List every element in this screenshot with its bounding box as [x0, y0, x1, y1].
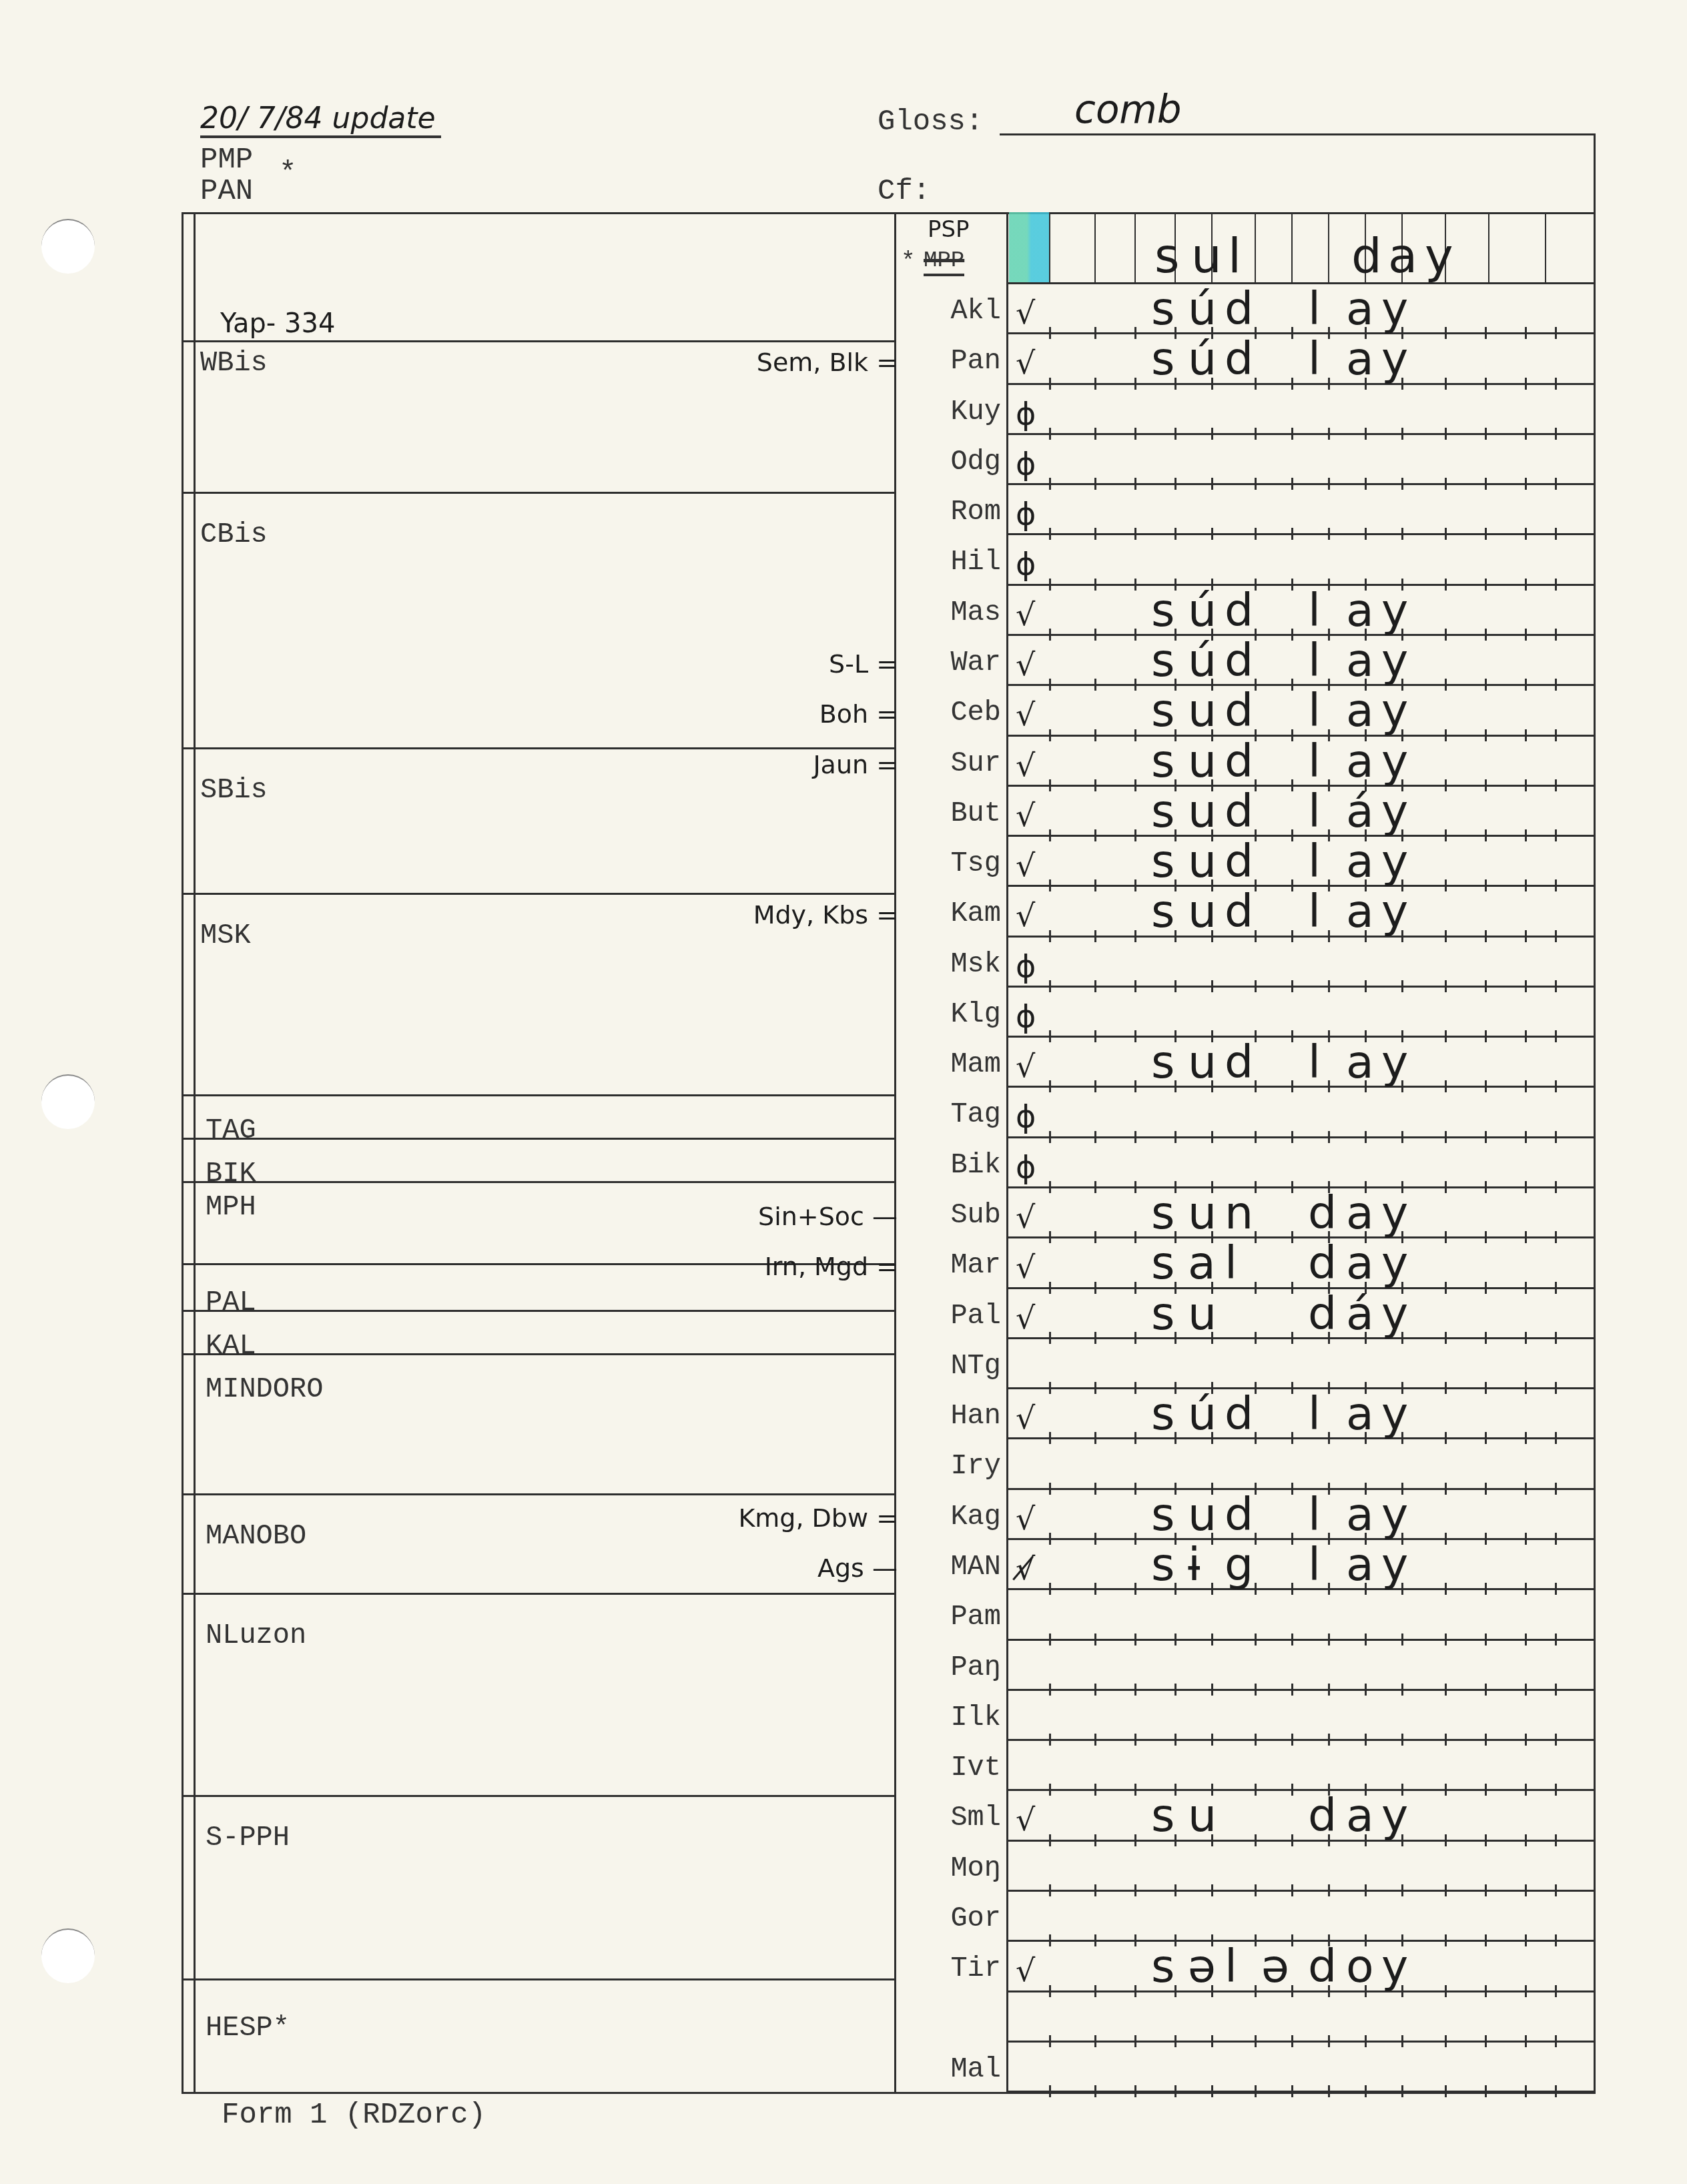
form-segment: l: [1225, 1241, 1237, 1287]
form-segment: y: [1381, 1392, 1408, 1437]
form-segment: l: [1225, 1944, 1237, 1990]
form-segment: u: [1188, 839, 1217, 885]
column-tick: [1401, 2085, 1403, 2097]
null-reflex-icon: ϕ: [1016, 1149, 1036, 1185]
form-segment: s: [1151, 589, 1174, 634]
proto-form-grid: sulday: [1006, 212, 1594, 284]
form-segment: a: [1346, 1392, 1374, 1437]
checkmark-icon: √: [1016, 747, 1035, 783]
checkmark-icon: √: [1016, 647, 1035, 683]
form-segment: y: [1381, 589, 1408, 634]
form-segment: a: [1346, 1493, 1374, 1538]
form-segment: g: [1225, 1543, 1253, 1588]
checkmark-icon: √: [1016, 697, 1035, 733]
form-segment: l: [1308, 1392, 1321, 1437]
form-segment: a: [1346, 839, 1374, 885]
form-segment: d: [1225, 1040, 1253, 1086]
form-segment: u: [1188, 739, 1217, 785]
form-segment: l: [1308, 789, 1321, 835]
language-row[interactable]: KamMdy, Kbs =√sudlay: [0, 886, 1687, 936]
column-tick: [1365, 2085, 1367, 2097]
column-tick: [1328, 2085, 1330, 2097]
language-row[interactable]: CebBoh =√sudlay: [0, 685, 1687, 735]
form-segment: a: [1346, 1191, 1374, 1236]
dialect-note: Sem, Blk =: [757, 348, 898, 377]
gloss-label: Gloss:: [878, 105, 983, 139]
checkmark-icon: √: [1016, 1300, 1035, 1336]
language-row[interactable]: Bikϕ: [0, 1138, 1687, 1188]
proto-segment: u: [1191, 228, 1222, 284]
language-code: Kam: [901, 897, 1001, 930]
language-code: Ivt: [901, 1752, 1001, 1784]
language-row[interactable]: Odgϕ: [0, 434, 1687, 484]
language-code: Pam: [901, 1601, 1001, 1633]
null-reflex-icon: ϕ: [1016, 396, 1036, 432]
form-segment: u: [1188, 689, 1217, 734]
form-segment: u: [1188, 889, 1217, 935]
proto-cell-divider: [1049, 212, 1050, 284]
form-segment: s: [1151, 1493, 1174, 1538]
dialect-note: Ags —: [817, 1553, 898, 1583]
form-segment: d: [1225, 889, 1253, 935]
checkmark-icon: √̸: [1016, 1551, 1035, 1587]
form-segment: u: [1188, 1493, 1217, 1538]
language-code: Mam: [901, 1048, 1001, 1080]
form-segment: y: [1381, 1493, 1408, 1538]
dialect-note: S-L =: [829, 649, 898, 679]
form-segment: d: [1225, 689, 1253, 734]
language-code: NTg: [901, 1350, 1001, 1382]
pmp-star: *: [279, 157, 296, 190]
checkmark-icon: √: [1016, 897, 1035, 934]
form-footer: Form 1 (RDZorc): [222, 2099, 486, 2132]
language-code: Akl: [901, 295, 1001, 327]
null-reflex-icon: ϕ: [1016, 948, 1036, 984]
language-code: Paŋ: [901, 1652, 1001, 1684]
language-row[interactable]: Akl√súdlay: [0, 284, 1687, 334]
form-segment: l: [1308, 689, 1321, 734]
language-row[interactable]: Tir√sələdoy: [0, 1941, 1687, 1991]
proto-label-psp: PSP: [928, 216, 970, 243]
language-row[interactable]: Mskϕ: [0, 937, 1687, 987]
form-segment: d: [1308, 1191, 1337, 1236]
section-divider: [182, 2092, 896, 2094]
form-segment: s: [1151, 1241, 1174, 1287]
form-segment: l: [1308, 287, 1321, 332]
language-row[interactable]: Sml√suday: [0, 1790, 1687, 1840]
column-tick: [1525, 2085, 1527, 2097]
form-segment: a: [1346, 889, 1374, 935]
form-segment: d: [1225, 739, 1253, 785]
language-code: Msk: [901, 948, 1001, 980]
form-segment: o: [1346, 1944, 1374, 1990]
language-code: Kag: [901, 1501, 1001, 1533]
form-segment: y: [1381, 1040, 1408, 1086]
column-tick: [1555, 2085, 1557, 2097]
date-note: 20/ 7/84 update: [200, 101, 441, 138]
language-row[interactable]: Tsg√sudlay: [0, 836, 1687, 886]
language-row[interactable]: Kuyϕ: [0, 384, 1687, 434]
punch-hole-top: [41, 219, 95, 274]
proto-cell-divider: [1291, 212, 1293, 284]
proto-cell-divider: [1328, 212, 1329, 284]
language-row[interactable]: MarIrn, Mgd =√salday: [0, 1238, 1687, 1288]
language-code: But: [901, 797, 1001, 829]
null-reflex-icon: ϕ: [1016, 496, 1036, 532]
language-row[interactable]: Moŋ: [0, 1841, 1687, 1891]
form-segment: ú: [1188, 589, 1217, 634]
proto-segment: l: [1228, 228, 1241, 284]
checkmark-icon: √: [1016, 1400, 1035, 1436]
language-code: MAN: [901, 1551, 1001, 1583]
form-segment: s: [1151, 1944, 1174, 1990]
language-row[interactable]: Pam: [0, 1589, 1687, 1640]
form-segment: s: [1151, 689, 1174, 734]
dialect-note: Mdy, Kbs =: [753, 900, 898, 930]
pmp-label: PMP: [200, 143, 253, 177]
language-code: Moŋ: [901, 1852, 1001, 1884]
form-segment: y: [1381, 1944, 1408, 1990]
form-segment: d: [1308, 1794, 1337, 1839]
form-segment: y: [1381, 839, 1408, 885]
language-row[interactable]: Tagϕ: [0, 1087, 1687, 1137]
form-segment: á: [1346, 789, 1374, 835]
language-row[interactable]: Klgϕ: [0, 987, 1687, 1037]
form-segment: a: [1346, 1241, 1374, 1287]
language-code: Han: [901, 1400, 1001, 1432]
form-segment: a: [1346, 639, 1374, 684]
form-segment: ə: [1188, 1944, 1216, 1990]
form-segment: y: [1381, 889, 1408, 935]
form-segment: ú: [1188, 287, 1217, 332]
dialect-note: Kmg, Dbw =: [738, 1503, 898, 1533]
language-row[interactable]: Paŋ: [0, 1640, 1687, 1690]
language-code: Sur: [901, 747, 1001, 779]
proto-cell-divider: [1094, 212, 1096, 284]
column-tick: [1174, 2085, 1176, 2097]
language-code: Pan: [901, 345, 1001, 377]
form-segment: s: [1151, 889, 1174, 935]
language-row[interactable]: SubSin+Soc —√sunday: [0, 1188, 1687, 1238]
form-segment: y: [1381, 689, 1408, 734]
form-segment: u: [1188, 1040, 1217, 1086]
form-segment: n: [1225, 1191, 1253, 1236]
form-segment: ú: [1188, 639, 1217, 684]
form-segment: ú: [1188, 1392, 1217, 1437]
language-row[interactable]: NTg: [0, 1339, 1687, 1389]
form-segment: l: [1308, 589, 1321, 634]
form-segment: u: [1188, 789, 1217, 835]
language-code: Tsg: [901, 847, 1001, 879]
form-segment: a: [1346, 287, 1374, 332]
proto-segment: a: [1388, 228, 1417, 284]
language-code: Pal: [901, 1300, 1001, 1332]
checkmark-icon: √: [1016, 847, 1035, 883]
proto-cell-divider: [1545, 212, 1546, 284]
proto-label-struck: MPP: [924, 248, 964, 276]
column-tick: [1049, 2085, 1051, 2097]
form-segment: y: [1381, 739, 1408, 785]
language-row[interactable]: Romϕ: [0, 484, 1687, 534]
checkmark-icon: √: [1016, 1802, 1035, 1838]
language-row[interactable]: PanSem, Blk =√súdlay: [0, 334, 1687, 384]
proto-segment: d: [1351, 228, 1382, 284]
null-reflex-icon: ϕ: [1016, 1098, 1036, 1134]
gloss-underline: [1000, 133, 1595, 135]
form-segment: u: [1188, 1292, 1217, 1337]
form-segment: d: [1308, 1292, 1337, 1337]
form-segment: á: [1346, 1292, 1374, 1337]
null-reflex-icon: ϕ: [1016, 446, 1036, 482]
checkmark-icon: √: [1016, 1952, 1035, 1988]
language-code: Mas: [901, 597, 1001, 629]
column-tick: [1445, 2085, 1447, 2097]
column-tick: [1485, 2085, 1487, 2097]
form-segment: d: [1225, 1493, 1253, 1538]
form-segment: y: [1381, 337, 1408, 382]
form-segment: s: [1151, 1191, 1174, 1236]
language-code: Kuy: [901, 396, 1001, 428]
language-code: Rom: [901, 496, 1001, 528]
dialect-note: Sin+Soc —: [758, 1202, 898, 1231]
language-row[interactable]: Mam√sudlay: [0, 1037, 1687, 1087]
proto-segment: s: [1154, 228, 1180, 284]
checkmark-icon: √: [1016, 1048, 1035, 1084]
language-code: Bik: [901, 1149, 1001, 1181]
language-code: Gor: [901, 1902, 1001, 1934]
language-code: Sml: [901, 1802, 1001, 1834]
language-row[interactable]: Ivt: [0, 1740, 1687, 1790]
proto-cell-divider: [1134, 212, 1136, 284]
language-row[interactable]: KagKmg, Dbw =√sudlay: [0, 1489, 1687, 1539]
form-segment: a: [1346, 337, 1374, 382]
form-segment: s: [1151, 1040, 1174, 1086]
form-segment: s: [1151, 739, 1174, 785]
form-segment: d: [1225, 639, 1253, 684]
form-segment: ə: [1261, 1944, 1289, 1990]
proto-label: PSP * MPP: [901, 220, 1001, 280]
language-code: Ceb: [901, 697, 1001, 729]
form-segment: d: [1308, 1241, 1337, 1287]
form-segment: l: [1308, 889, 1321, 935]
form-segment: l: [1308, 839, 1321, 885]
form-segment: a: [1346, 1794, 1374, 1839]
language-row[interactable]: Mas√súdlay: [0, 585, 1687, 635]
language-code: Odg: [901, 446, 1001, 478]
form-segment: a: [1188, 1241, 1216, 1287]
language-row[interactable]: Iry: [0, 1439, 1687, 1489]
language-code: Tag: [901, 1098, 1001, 1130]
form-segment: u: [1188, 1794, 1217, 1839]
form-segment: d: [1225, 839, 1253, 885]
language-code: Mal: [901, 2053, 1001, 2085]
language-code: Ilk: [901, 1702, 1001, 1734]
form-segment: l: [1308, 337, 1321, 382]
form-segment: l: [1308, 1493, 1321, 1538]
form-segment: a: [1346, 1543, 1374, 1588]
dialect-note: Irn, Mgd =: [765, 1252, 898, 1281]
column-tick: [1094, 2085, 1096, 2097]
language-row[interactable]: SurJaun =√sudlay: [0, 736, 1687, 786]
form-segment: s: [1151, 1543, 1174, 1588]
form-segment: d: [1225, 287, 1253, 332]
proto-cell-divider: [1488, 212, 1489, 284]
language-row[interactable]: [0, 1992, 1687, 2042]
form-segment: d: [1225, 789, 1253, 835]
form-segment: y: [1381, 1794, 1408, 1839]
form-segment: d: [1308, 1944, 1337, 1990]
form-segment: y: [1381, 1241, 1408, 1287]
form-segment: y: [1381, 1292, 1408, 1337]
form-segment: d: [1225, 589, 1253, 634]
language-row[interactable]: Hilϕ: [0, 534, 1687, 585]
null-reflex-icon: ϕ: [1016, 546, 1036, 582]
dialect-note: Jaun =: [813, 750, 898, 779]
language-code: Iry: [901, 1450, 1001, 1482]
column-tick: [1255, 2085, 1257, 2097]
form-segment: a: [1346, 689, 1374, 734]
gloss-box-right: [1594, 133, 1596, 212]
checkmark-icon: √: [1016, 797, 1035, 833]
null-reflex-icon: ϕ: [1016, 998, 1036, 1034]
column-tick: [1211, 2085, 1213, 2097]
form-segment: y: [1381, 1191, 1408, 1236]
pan-label: PAN: [200, 175, 253, 208]
form-segment: s: [1151, 839, 1174, 885]
column-tick: [1291, 2085, 1293, 2097]
language-code: Klg: [901, 998, 1001, 1030]
checkmark-icon: √: [1016, 1501, 1035, 1537]
checkmark-icon: √: [1016, 1249, 1035, 1285]
language-code: Sub: [901, 1199, 1001, 1231]
form-segment: l: [1308, 639, 1321, 684]
form-segment: d: [1225, 337, 1253, 382]
column-tick: [1134, 2085, 1136, 2097]
form-segment: y: [1381, 287, 1408, 332]
form-segment: s: [1151, 287, 1174, 332]
dialect-note: Boh =: [819, 699, 898, 729]
checkmark-icon: √: [1016, 345, 1035, 381]
form-segment: s: [1151, 1794, 1174, 1839]
form-segment: l: [1308, 739, 1321, 785]
checkmark-icon: √: [1016, 597, 1035, 633]
form-segment: s: [1151, 789, 1174, 835]
language-row[interactable]: Han√súdlay: [0, 1389, 1687, 1439]
form-segment: a: [1346, 739, 1374, 785]
form-segment: l: [1308, 1543, 1321, 1588]
language-row[interactable]: Ilk: [0, 1690, 1687, 1740]
proto-cell-divider: [1255, 212, 1256, 284]
language-row[interactable]: Mal: [0, 2042, 1687, 2092]
proto-segment: y: [1425, 228, 1453, 284]
form-segment: d: [1225, 1392, 1253, 1437]
form-segment: s: [1151, 1392, 1174, 1437]
language-row[interactable]: MANAgs —√̸sɨglay: [0, 1539, 1687, 1589]
form-segment: ɨ: [1188, 1543, 1201, 1588]
gloss-value[interactable]: comb: [1074, 87, 1182, 132]
checkmark-icon: √: [1016, 295, 1035, 331]
form-segment: l: [1308, 1040, 1321, 1086]
language-code: Mar: [901, 1249, 1001, 1281]
checkmark-icon: √: [1016, 1199, 1035, 1235]
form-segment: y: [1381, 789, 1408, 835]
language-code: Hil: [901, 546, 1001, 578]
language-row[interactable]: But√sudláy: [0, 786, 1687, 836]
form-segment: ú: [1188, 337, 1217, 382]
form-segment: s: [1151, 639, 1174, 684]
language-code: War: [901, 647, 1001, 679]
form-segment: s: [1151, 337, 1174, 382]
cf-label: Cf:: [878, 175, 930, 208]
language-code: Tir: [901, 1952, 1001, 1984]
language-row[interactable]: Gor: [0, 1891, 1687, 1941]
form-segment: y: [1381, 639, 1408, 684]
form-segment: u: [1188, 1191, 1217, 1236]
form-segment: a: [1346, 1040, 1374, 1086]
proto-star: *: [901, 248, 916, 276]
language-row[interactable]: WarS-L =√súdlay: [0, 635, 1687, 685]
form-segment: s: [1151, 1292, 1174, 1337]
form-segment: y: [1381, 1543, 1408, 1588]
language-row[interactable]: Pal√sudáy: [0, 1289, 1687, 1339]
form-segment: a: [1346, 589, 1374, 634]
